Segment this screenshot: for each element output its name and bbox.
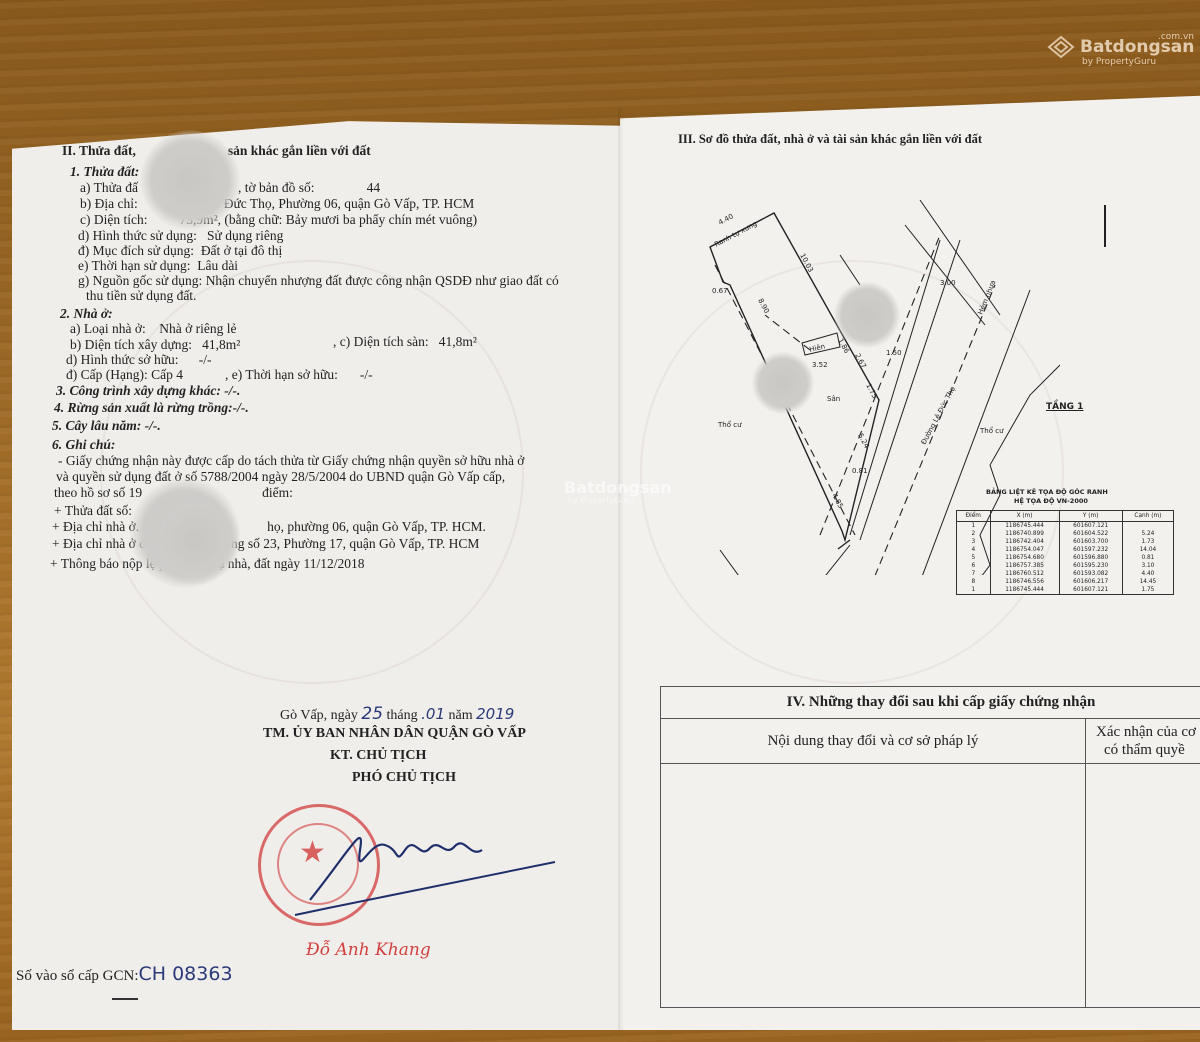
brand-tagline: by PropertyGuru [1082,57,1156,67]
coord-cell: 1186740.899 [990,530,1059,538]
issue-day: 25 [361,704,383,724]
coord-row: 31186742.404601603.7001.73 [957,538,1174,546]
col-x: X (m) [990,511,1059,522]
coord-cell: 1186746.556 [990,578,1059,586]
coord-cell: 1.73 [1122,538,1173,546]
coord-cell: 1186754.680 [990,554,1059,562]
yard-label: Sân [827,395,840,403]
coord-cell: 1186754.047 [990,546,1059,554]
coord-cell: 3.10 [1122,562,1173,570]
land-heading: 1. Thửa đất: [70,164,139,180]
coord-cell: 1186745.444 [990,586,1059,595]
road-label: Đường Lê Đức Thọ [920,385,957,446]
brand-name: Batdongsan [1080,37,1194,57]
changes-title: IV. Những thay đổi sau khi cấp giấy chứn… [661,687,1200,719]
issue-year: 2019 [476,705,514,723]
house-type-row: a) Loại nhà ở: Nhà ở riêng lẻ [70,321,236,337]
signature [290,810,610,930]
neighbor-left-label: Thổ cư [717,420,742,429]
house-grade-row: đ) Cấp (Hạng): Cấp 4, e) Thời hạn sở hữu… [66,367,373,383]
other-construction: 3. Công trình xây dựng khác: -/-. [56,383,240,399]
coord-row: 11186745.444601607.1211.75 [957,586,1174,595]
notes-heading: 6. Ghi chú: [52,437,115,453]
coord-row: 21186740.899601604.5225.24 [957,530,1174,538]
notes-line-2: và quyền sử dụng đất ở số 5788/2004 ngày… [56,469,505,485]
coord-cell: 1186760.512 [990,570,1059,578]
coord-table-subtitle: HỆ TỌA ĐỘ VN-2000 [1014,497,1088,506]
land-address-row: b) Địa chỉ:Đức Thọ, Phường 06, quận Gò V… [80,196,474,212]
coord-row: 81186746.556601606.21714.45 [957,578,1174,586]
notes-line-1: - Giấy chứng nhận này được cấp do tách t… [58,453,524,469]
production-forest: 4. Rừng sản xuất là rừng trồng:-/-. [54,400,249,416]
perennial-trees: 5. Cây lâu năm: -/-. [52,418,161,434]
coord-cell: 6 [957,562,991,570]
dim-1-50: 1.50 [886,349,902,357]
coord-cell: 4.40 [1122,570,1173,578]
land-usage-form-row: d) Hình thức sử dụng: Sử dụng riêng [78,228,283,244]
neighbor-right-label: Thổ cư [979,426,1004,435]
land-purpose-row: đ) Mục đích sử dụng: Đất ở tại đô thị [78,243,282,259]
coord-cell: 14.04 [1122,546,1173,554]
alley-label: Hẻm nhựa [976,279,997,316]
on-behalf-of: KT. CHỦ TỊCH [330,748,426,764]
coord-cell: 5 [957,554,991,562]
house-heading: 2. Nhà ở: [60,306,113,322]
coord-cell: 601603.700 [1059,538,1122,546]
changes-col-content: Nội dung thay đổi và cơ sở pháp lý [661,719,1086,763]
registry-number: Số vào sổ cấp GCN:CH 08363 [16,966,233,984]
dim-3-00: 3.00 [940,279,956,287]
land-area-row: c) Diện tích:73,9m², (bằng chữ: Bảy mươi… [80,212,477,228]
dim-10-03: 10.03 [798,252,814,273]
col-y: Y (m) [1059,511,1122,522]
col-edge: Cạnh (m) [1122,511,1173,522]
coord-cell: 1186745.444 [990,522,1059,531]
coord-cell: 2 [957,530,991,538]
land-origin-row-2: thu tiền sử dụng đất. [86,288,196,304]
coord-cell: 5.24 [1122,530,1173,538]
coord-row: 11186745.444601607.121 [957,522,1174,531]
page-fold [618,108,624,1030]
coord-cell: 1 [957,586,991,595]
coord-row: 71186760.512601593.0824.40 [957,570,1174,578]
privacy-blur [150,495,240,585]
dim-5-24: 5.24 [856,432,871,450]
issuing-authority: TM. ỦY BAN NHÂN DÂN QUẬN GÒ VẤP [263,726,526,742]
batdongsan-logo-icon [1046,34,1076,64]
coord-cell [1122,522,1173,531]
floor-label: TẦNG 1 [1046,399,1083,415]
dim-4-40: 4.40 [717,212,735,226]
house-floor-area-row: , c) Diện tích sàn: 41,8m² [333,334,477,350]
coord-table-title: BẢNG LIỆT KÊ TỌA ĐỘ GÓC RANH [986,488,1108,497]
coord-cell: 601596.880 [1059,554,1122,562]
dim-4-85: 4.85 [830,492,844,510]
coord-cell: 1.75 [1122,586,1173,595]
dim-8-90: 8.90 [756,297,770,315]
coord-cell: 8 [957,578,991,586]
notes-line-5: + Địa chỉ nhà ở.họ, phường 06, quận Gò V… [52,519,486,535]
coord-row: 41186754.047601597.23214.04 [957,546,1174,554]
coord-cell: 601593.082 [1059,570,1122,578]
signer-name: Đỗ Anh Khang [306,940,431,960]
coord-cell: 7 [957,570,991,578]
privacy-blur [834,282,900,348]
dim-2-67: 2.67 [853,352,867,370]
issue-month: .01 [421,705,445,723]
coord-row: 51186754.680601596.8800.81 [957,554,1174,562]
north-arrow-icon [1104,205,1106,247]
coord-cell: 4 [957,546,991,554]
coord-cell: 601595.230 [1059,562,1122,570]
house-build-area-row: b) Diện tích xây dựng: 41,8m² [70,337,240,353]
coord-cell: 601597.232 [1059,546,1122,554]
center-brand-tagline: by PropertyGuru [568,496,634,505]
coord-cell: 14.45 [1122,578,1173,586]
registry-number-value: CH 08363 [139,963,233,985]
changes-content-cell [661,764,1086,1008]
coord-cell: 601604.522 [1059,530,1122,538]
changes-table: IV. Những thay đổi sau khi cấp giấy chứn… [660,686,1200,1008]
coord-cell: 601606.217 [1059,578,1122,586]
coord-cell: 601607.121 [1059,586,1122,595]
coord-cell: 0.81 [1122,554,1173,562]
land-term-row: e) Thời hạn sử dụng: Lâu dài [78,258,238,274]
land-origin-row: g) Nguồn gốc sử dụng: Nhận chuyển nhượng… [78,273,559,289]
notes-line-6: + Địa chỉ nhà ở cũ: 2ứng số 23, Phường 1… [52,536,479,552]
dim-3-52: 3.52 [812,361,828,369]
initials-mark [112,998,138,1000]
dim-0-81: 0.81 [852,467,868,475]
coord-cell: 1186742.404 [990,538,1059,546]
house-ownership-row: d) Hình thức sở hữu: -/- [66,352,212,368]
notes-line-4: + Thửa đất số: [54,503,132,519]
changes-col-confirmation: Xác nhận của cơ có thẩm quyề [1086,719,1200,763]
privacy-blur [140,130,240,230]
dim-1-75: 1.75 [864,382,878,400]
coordinate-table: Điểm X (m) Y (m) Cạnh (m) 11186745.44460… [956,510,1174,595]
porch-label: Hiên [809,342,826,354]
signer-title: PHÓ CHỦ TỊCH [352,770,456,786]
issue-date: Gò Vấp, ngày 25 tháng .01 năm 2019 [280,706,514,724]
coord-cell: 1186757.385 [990,562,1059,570]
privacy-blur [752,352,814,414]
center-brand-name: Batdongsan [564,478,672,497]
col-point: Điểm [957,511,991,522]
coord-row: 61186757.385601595.2303.10 [957,562,1174,570]
section-3-title: III. Sơ đồ thửa đất, nhà ở và tài sản kh… [678,131,982,147]
dim-0-67: 0.67 [712,287,728,295]
changes-col-confirmation-line1: Xác nhận của cơ [1096,723,1200,741]
coord-cell: 1 [957,522,991,531]
coord-cell: 601607.121 [1059,522,1122,531]
coord-cell: 3 [957,538,991,546]
changes-col-confirmation-line2: có thẩm quyề [1096,741,1200,759]
